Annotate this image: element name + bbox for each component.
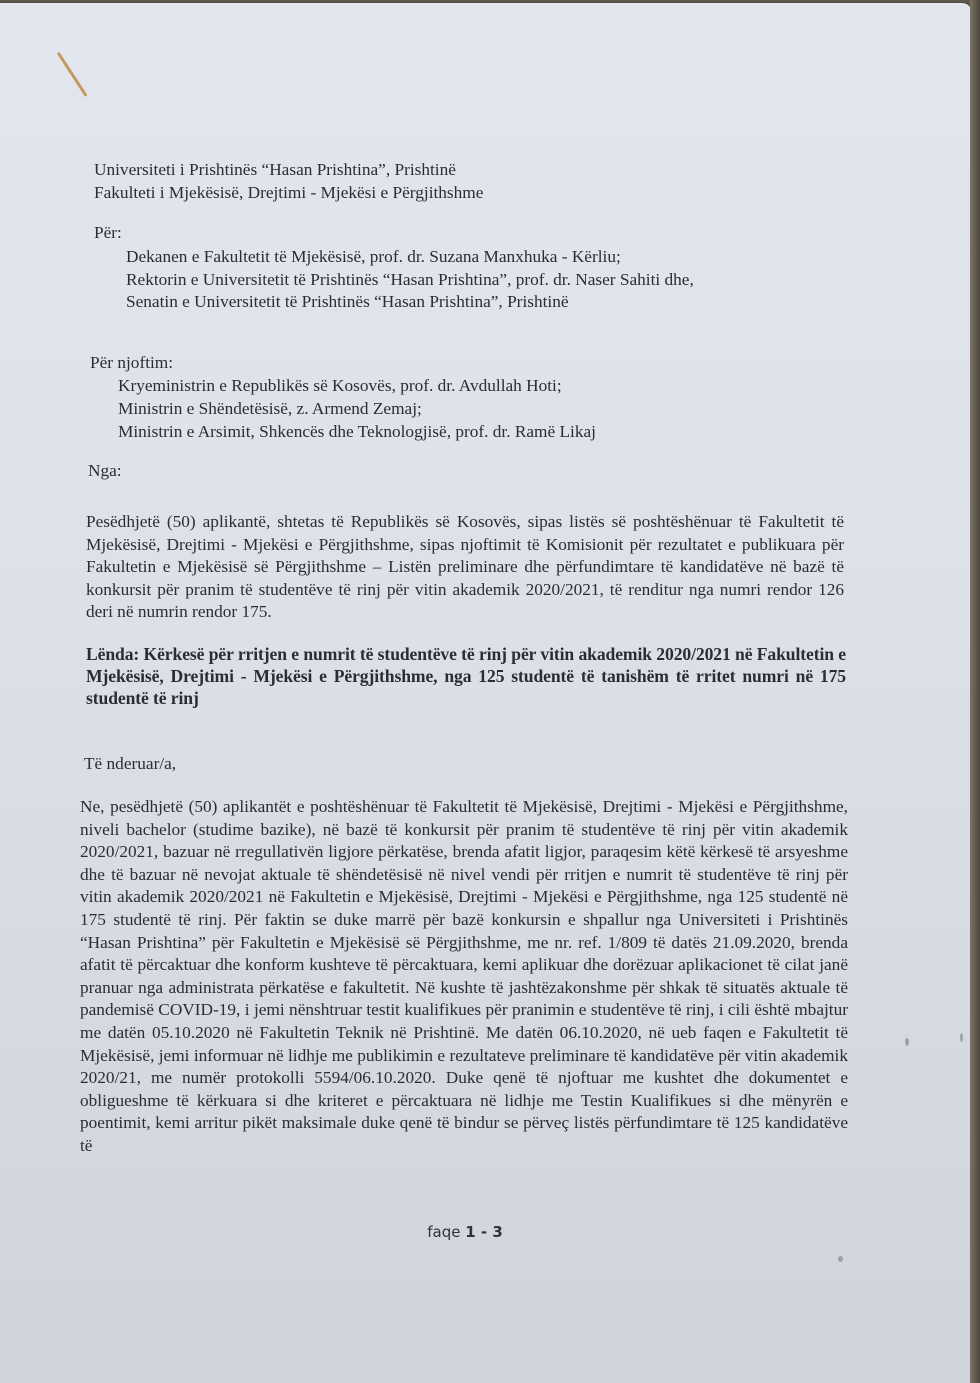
salutation: Të nderuar/a, (84, 753, 176, 775)
page-footer: faqe 1 - 3 (0, 1223, 930, 1241)
notify-prime-minister: Kryeministrin e Republikës së Kosovës, p… (118, 375, 562, 397)
paper-spot (960, 1033, 963, 1042)
paper-spot (838, 1256, 843, 1262)
from-paragraph: Pesëdhjetë (50) aplikantë, shtetas të Re… (86, 511, 844, 624)
recipient-rector: Rektorin e Universitetit të Prishtinës “… (126, 269, 694, 291)
document-page: Universiteti i Prishtinës “Hasan Prishti… (0, 3, 972, 1383)
notification-label: Për njoftim: (90, 352, 173, 374)
recipients-label: Për: (94, 222, 122, 244)
toothpick-object (57, 52, 88, 97)
notify-education-minister: Ministrin e Arsimit, Shkencës dhe Teknol… (118, 421, 596, 443)
body-paragraph: Ne, pesëdhjetë (50) aplikantët e poshtës… (80, 796, 848, 1158)
subject-line: Lënda: Kërkesë për rritjen e numrit të s… (86, 643, 846, 709)
header-faculty: Fakulteti i Mjekësisë, Drejtimi - Mjekës… (94, 182, 483, 204)
footer-prefix: faqe (427, 1223, 465, 1241)
from-label: Nga: (88, 460, 122, 482)
header-university: Universiteti i Prishtinës “Hasan Prishti… (94, 159, 456, 181)
background-surface (970, 0, 980, 1383)
page-number: 1 - 3 (465, 1223, 503, 1241)
recipient-senate: Senatin e Universitetit të Prishtinës “H… (126, 291, 569, 313)
notify-health-minister: Ministrin e Shëndetësisë, z. Armend Zema… (118, 398, 422, 420)
paper-spot (905, 1038, 909, 1046)
recipient-dean: Dekanen e Fakultetit të Mjekësisë, prof.… (126, 246, 621, 268)
